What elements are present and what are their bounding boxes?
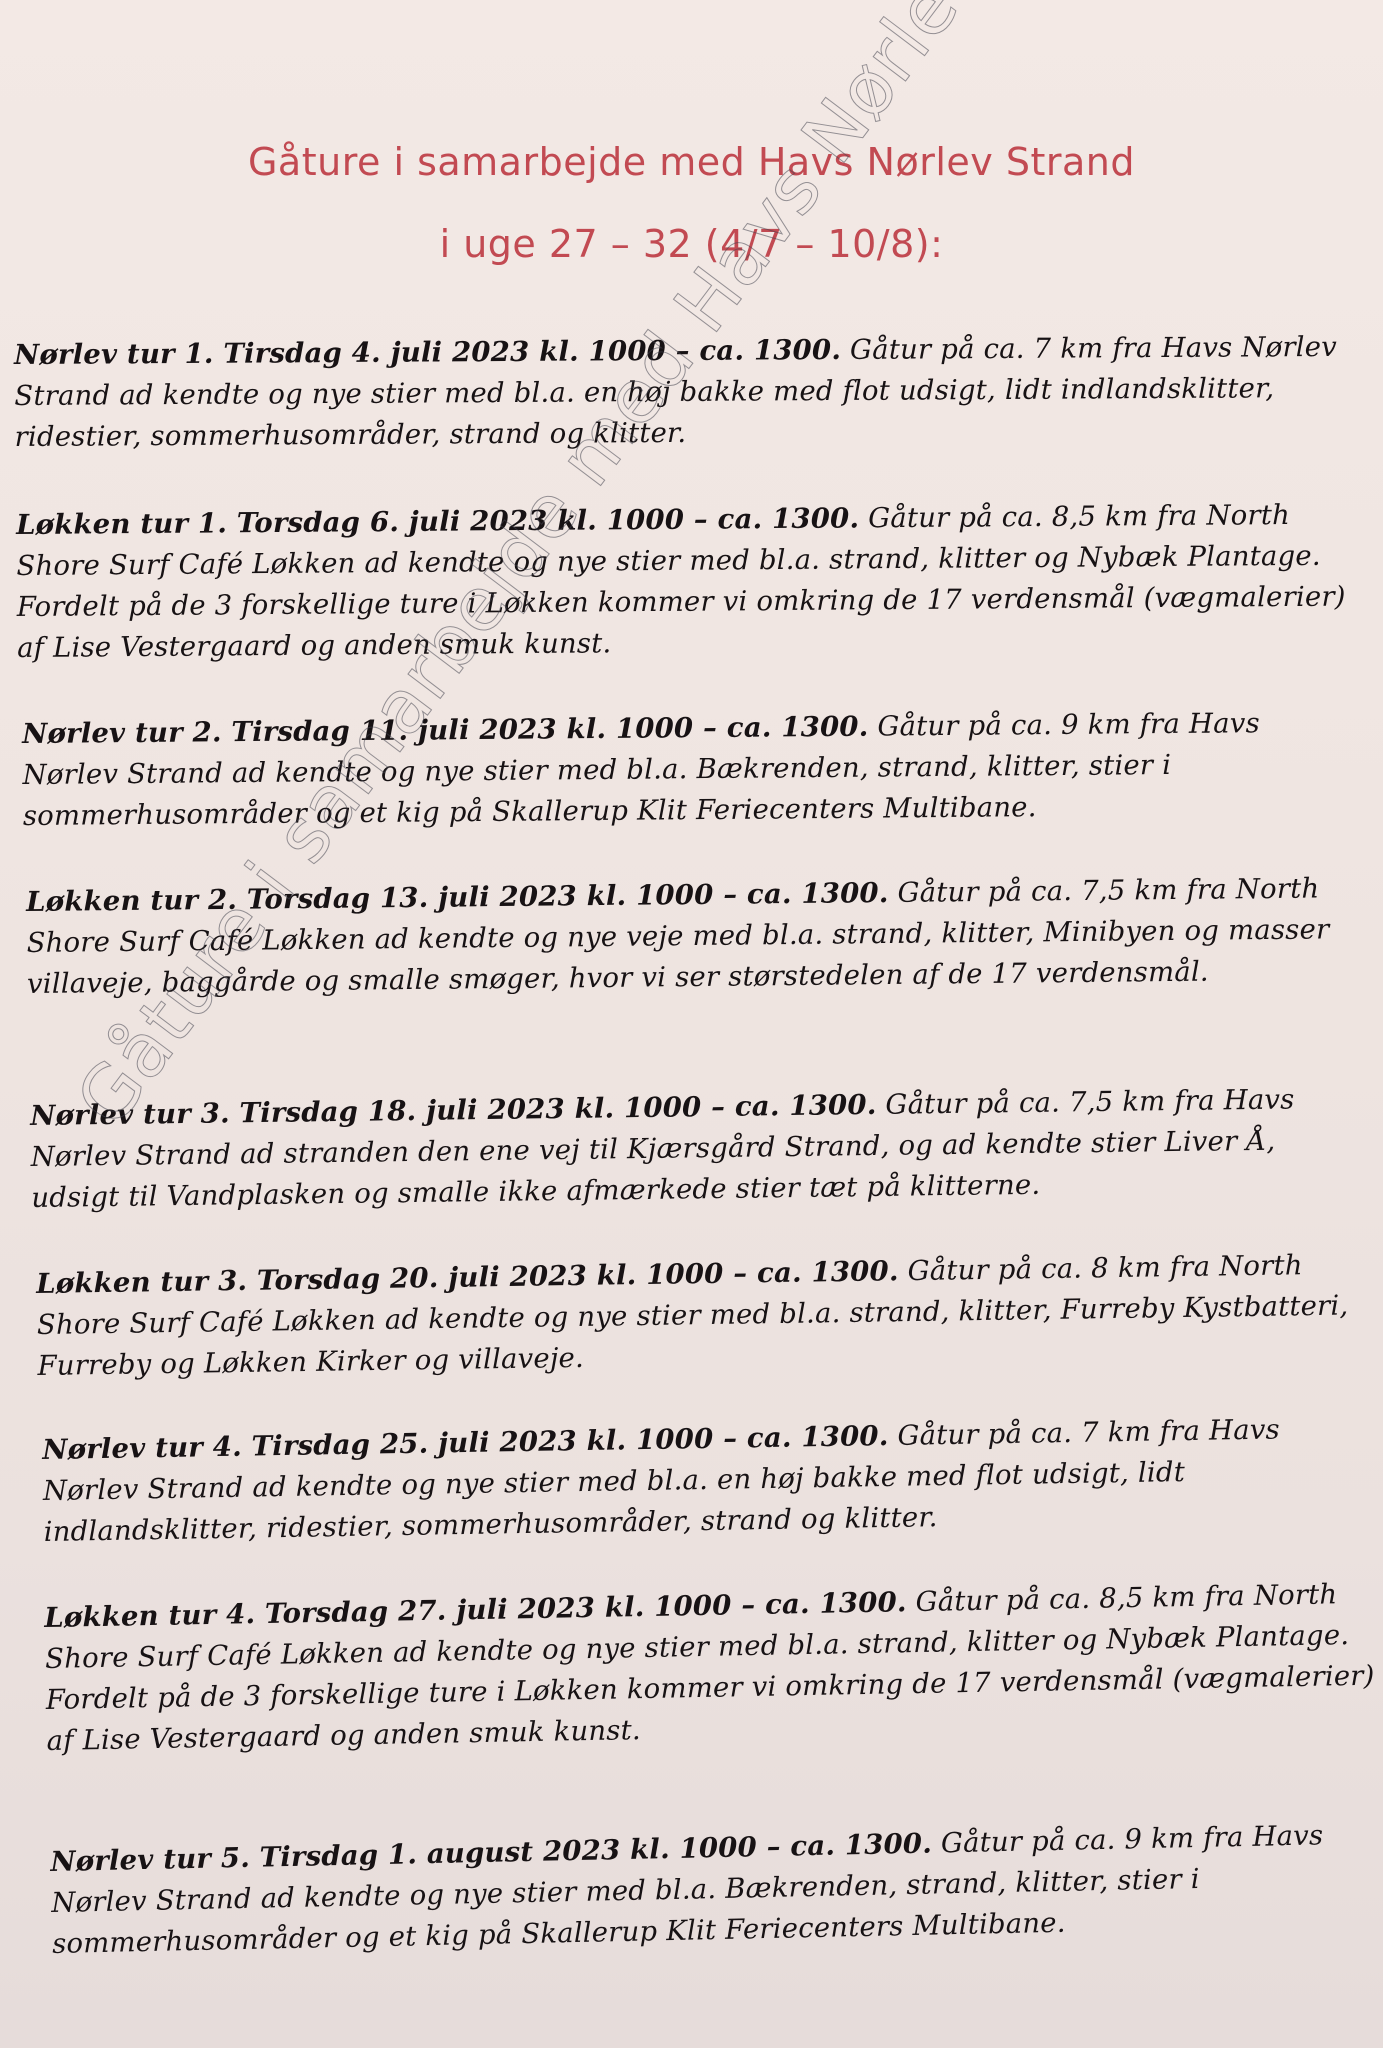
walk-entry-heading: Løkken tur 4. Torsdag 27. juli 2023 kl. …: [44, 1586, 907, 1634]
walk-entry-norlev-1: Nørlev tur 1. Tirsdag 4. juli 2023 kl. 1…: [14, 327, 1345, 458]
walk-entry-heading: Løkken tur 2. Torsdag 13. juli 2023 kl. …: [26, 877, 889, 918]
document-subtitle: i uge 27 – 32 (4/7 – 10/8):: [0, 222, 1383, 266]
walk-entry-norlev-4: Nørlev tur 4. Tirsdag 25. juli 2023 kl. …: [42, 1408, 1374, 1553]
document-page: Gåture i samarbejde med Havs Nørlev Stra…: [0, 0, 1383, 2048]
walk-entry-heading: Løkken tur 1. Torsdag 6. juli 2023 kl. 1…: [16, 502, 859, 541]
walk-entry-heading: Nørlev tur 4. Tirsdag 25. juli 2023 kl. …: [42, 1420, 889, 1466]
walk-entry-norlev-2: Nørlev tur 2. Tirsdag 11. juli 2023 kl. …: [22, 702, 1353, 837]
walk-entry-norlev-3: Nørlev tur 3. Tirsdag 18. juli 2023 kl. …: [30, 1079, 1361, 1219]
walk-entry-heading: Nørlev tur 3. Tirsdag 18. juli 2023 kl. …: [30, 1089, 877, 1132]
walk-entry-lokken-3: Løkken tur 3. Torsdag 20. juli 2023 kl. …: [36, 1244, 1368, 1387]
walk-entry-lokken-4: Løkken tur 4. Torsdag 27. juli 2023 kl. …: [44, 1574, 1377, 1762]
walk-entry-heading: Nørlev tur 1. Tirsdag 4. juli 2023 kl. 1…: [14, 334, 841, 371]
walk-entry-norlev-5: Nørlev tur 5. Tirsdag 1. august 2023 kl.…: [50, 1814, 1382, 1965]
walk-entry-heading: Nørlev tur 2. Tirsdag 11. juli 2023 kl. …: [22, 711, 869, 750]
walk-entry-heading: Løkken tur 3. Torsdag 20. juli 2023 kl. …: [36, 1255, 899, 1300]
walk-entry-lokken-2: Løkken tur 2. Torsdag 13. juli 2023 kl. …: [26, 868, 1357, 1005]
walk-entry-lokken-1: Løkken tur 1. Torsdag 6. juli 2023 kl. 1…: [16, 495, 1347, 669]
document-title: Gåture i samarbejde med Havs Nørlev Stra…: [0, 140, 1383, 184]
